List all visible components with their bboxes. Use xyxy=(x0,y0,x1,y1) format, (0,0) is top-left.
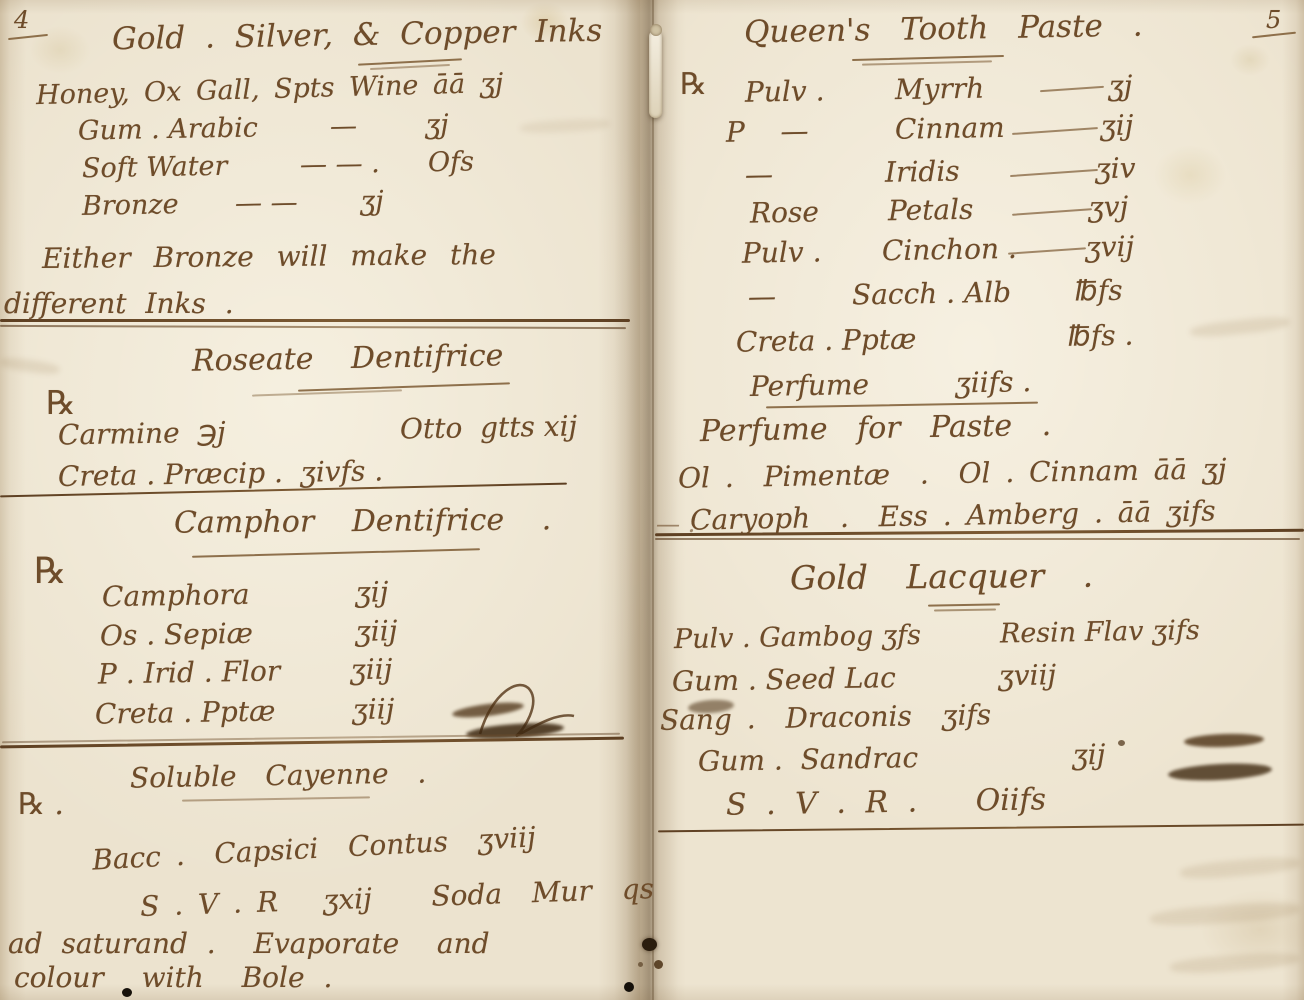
manuscript-spread: 4 Gold . Silver, & Copper Inks Honey, Ox… xyxy=(0,0,1304,1000)
recipe-line: Gum . Arabic—ʒj xyxy=(78,114,258,144)
ink-spot xyxy=(1118,740,1125,746)
note-line: Either Bronze will make the xyxy=(42,241,496,273)
recipe-line: —Iridisʒiv xyxy=(745,161,773,189)
recipe-line: —Sacch . Alb℔fs xyxy=(748,283,776,311)
recipe-heading-perfume: Perfume for Paste . xyxy=(700,411,1052,447)
recipe-line: Os . Sepiæʒiij xyxy=(100,620,253,651)
recipe-line: ad saturand . Evaporate and xyxy=(8,930,490,958)
ink-spot xyxy=(624,982,634,992)
recipe-line: P —Cinnamʒij xyxy=(726,117,809,146)
binding-fold-line xyxy=(652,0,654,1000)
ink-spot xyxy=(122,988,132,997)
page-number-right: 5 xyxy=(1266,8,1281,32)
recipe-line: Carmine ℈jOtto gtts xij xyxy=(58,419,226,450)
recipe-title-toothpaste: Queen's Tooth Paste . xyxy=(744,11,1143,49)
recipe-heading-roseate: Roseate Dentifrice xyxy=(192,341,504,376)
note-line: different Inks . xyxy=(4,290,234,318)
rx-symbol: ℞ xyxy=(680,70,707,100)
recipe-line: Creta . Pptæʒiij xyxy=(95,697,276,728)
recipe-title-inks: Gold . Silver, & Copper Inks xyxy=(112,16,603,56)
recipe-line: Camphoraʒij xyxy=(102,581,250,612)
rx-symbol: ℞ xyxy=(34,554,66,590)
recipe-line: Pulv . Gambog ʒfsResin Flav ʒifs xyxy=(674,622,921,653)
recipe-line: Creta . Pptæ℔fs . xyxy=(736,325,917,356)
ink-spot xyxy=(638,962,643,967)
section-rule xyxy=(0,319,630,322)
recipe-line: S . V . R . Oiifs xyxy=(726,785,1046,821)
recipe-line: Gum . Seed Lacʒviij xyxy=(672,664,896,696)
rx-symbol: ℞ xyxy=(46,386,76,419)
recipe-heading-cayenne: Soluble Cayenne . xyxy=(130,759,427,792)
stitch-hole xyxy=(642,938,657,951)
recipe-line: Gum . Sandracʒij xyxy=(698,744,919,776)
recipe-line: Creta . Præcip .ʒivfs . xyxy=(58,459,283,491)
binding-thread xyxy=(649,30,662,118)
recipe-line: P . Irid . Florʒiij xyxy=(98,657,281,688)
recipe-line: RosePetalsʒvj xyxy=(750,198,819,227)
recipe-line: Pulv .Myrrhʒj xyxy=(745,77,825,106)
recipe-line: Soft Water— — .Ofs xyxy=(82,153,228,183)
ink-spot xyxy=(654,960,663,969)
recipe-heading-lacquer: Gold Lacquer . xyxy=(790,559,1093,595)
recipe-heading-camphor: Camphor Dentifrice . xyxy=(174,505,551,538)
recipe-line: Pulv .Cinchon .ʒvij xyxy=(742,238,822,267)
recipe-line: Bronze— —ʒj xyxy=(82,191,179,220)
recipe-line: colour with Bole . xyxy=(14,964,332,992)
page-number-left: 4 xyxy=(14,8,29,32)
binding-knot xyxy=(650,24,662,36)
recipe-line: Perfumeʒiifs . xyxy=(750,371,870,401)
rx-symbol: ℞ . xyxy=(18,790,64,820)
section-rule-2 xyxy=(655,538,1300,540)
binding-gutter xyxy=(614,0,678,1000)
